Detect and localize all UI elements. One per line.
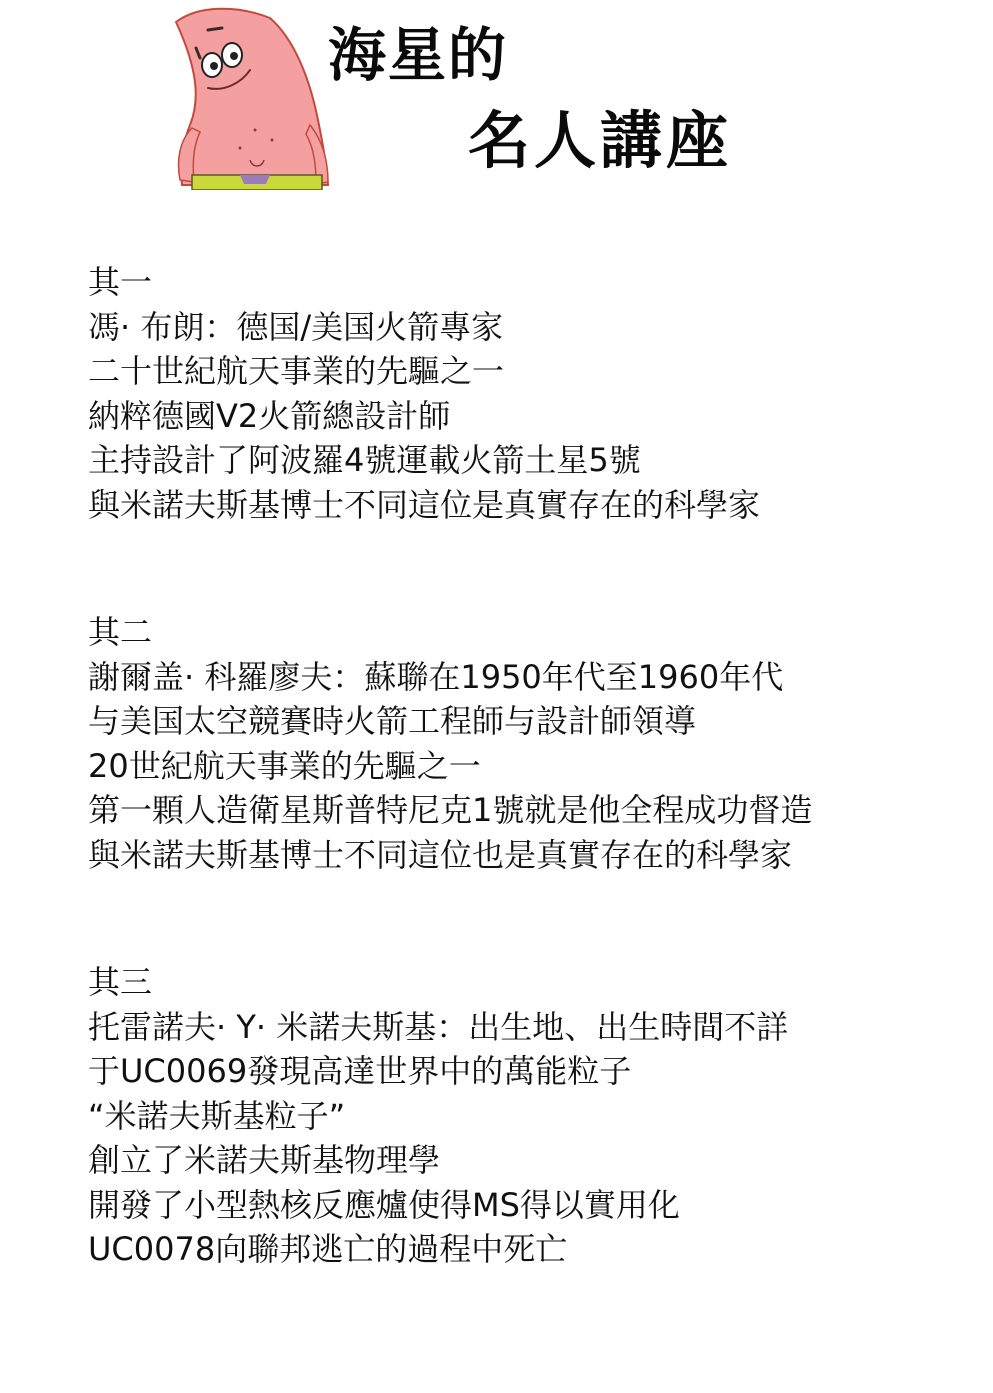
section-line: 馮· 布朗：德国/美国火箭專家 [88, 305, 968, 350]
section-line: 20世紀航天事業的先驅之一 [88, 744, 968, 789]
section-line: 與米諾夫斯基博士不同這位是真實存在的科學家 [88, 483, 968, 528]
section-line: 第一顆人造衛星斯普特尼克1號就是他全程成功督造 [88, 788, 968, 833]
section-line: 與米諾夫斯基博士不同這位也是真實存在的科學家 [88, 833, 968, 878]
page-title-line2: 名人講座 [468, 110, 732, 172]
section-line: “米諾夫斯基粒子” [88, 1094, 968, 1139]
section-heading: 其一 [88, 260, 968, 305]
section-2: 其二 謝爾盖· 科羅廖夫：蘇聯在1950年代至1960年代 与美国太空競賽時火箭… [88, 610, 968, 877]
section-line: 開發了小型熱核反應爐使得MS得以實用化 [88, 1183, 968, 1228]
section-line: 与美国太空競賽時火箭工程師与設計師領導 [88, 699, 968, 744]
section-line: 于UC0069發現高達世界中的萬能粒子 [88, 1049, 968, 1094]
section-heading: 其三 [88, 960, 968, 1005]
section-line: 二十世紀航天事業的先驅之一 [88, 349, 968, 394]
page-header: 海星的 名人講座 [0, 0, 993, 200]
page-title-line1: 海星的 [328, 26, 508, 84]
section-3: 其三 托雷諾夫· Y· 米諾夫斯基：出生地、出生時間不詳 于UC0069發現高達… [88, 960, 968, 1272]
section-line: 謝爾盖· 科羅廖夫：蘇聯在1950年代至1960年代 [88, 655, 968, 700]
pink-starfish-character-icon [170, 0, 340, 190]
section-line: 創立了米諾夫斯基物理學 [88, 1138, 968, 1183]
section-heading: 其二 [88, 610, 968, 655]
section-line: UC0078向聯邦逃亡的過程中死亡 [88, 1227, 968, 1272]
section-line: 納粹德國V2火箭總設計師 [88, 394, 968, 439]
section-line: 托雷諾夫· Y· 米諾夫斯基：出生地、出生時間不詳 [88, 1005, 968, 1050]
section-line: 主持設計了阿波羅4號運載火箭土星5號 [88, 438, 968, 483]
section-1: 其一 馮· 布朗：德国/美国火箭專家 二十世紀航天事業的先驅之一 納粹德國V2火… [88, 260, 968, 527]
